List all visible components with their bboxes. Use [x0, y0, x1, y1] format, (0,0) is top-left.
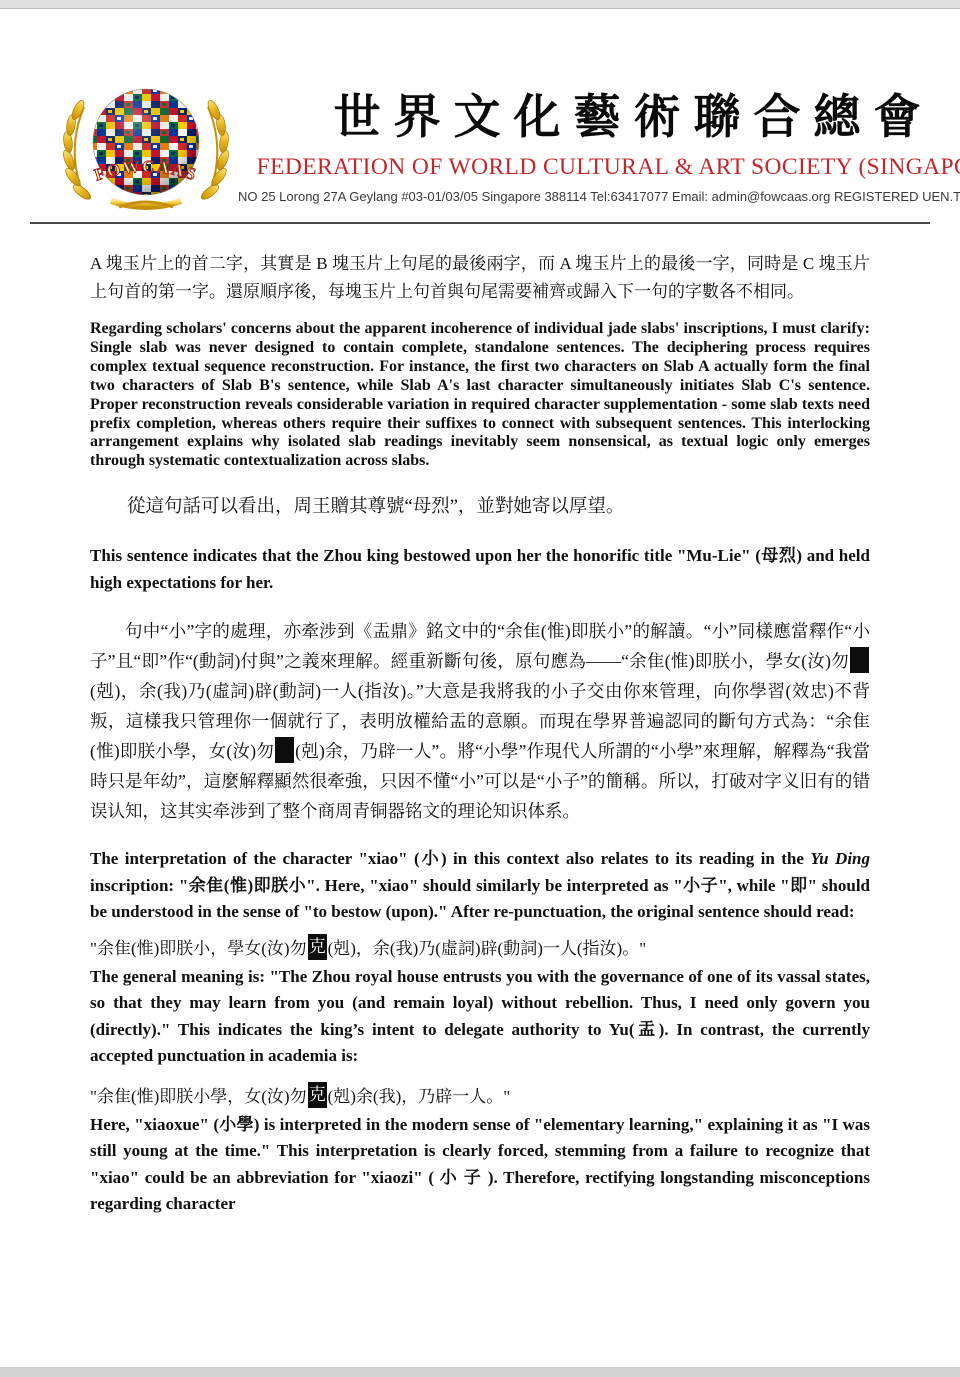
- quote2-part2: (剋)余(我)，乃辟一人。": [328, 1087, 511, 1106]
- paragraph-en-xiao-interpretation: The interpretation of the character "xia…: [90, 846, 870, 926]
- letterhead-text-block: 世界文化藝術聯合總會 FEDERATION OF WORLD CULTURAL …: [232, 80, 960, 204]
- ancient-character-glyph: 克: [850, 647, 869, 673]
- paragraph-cn-xiao-analysis: 句中“小”字的處理，亦牽涉到《盂鼎》銘文中的“余隹(惟)即朕小”的解讀。“小”同…: [90, 616, 870, 826]
- yu-ding-italic: Yu Ding: [810, 849, 870, 868]
- cn-xiao-part1: 句中“小”字的處理，亦牽涉到《盂鼎》銘文中的“余隹(惟)即朕小”的解讀。“小”同…: [90, 621, 870, 671]
- ancient-character-glyph: 克: [275, 737, 294, 763]
- ancient-character-glyph: 克: [308, 934, 327, 960]
- quote1-part1: "余隹(惟)即朕小，學女(汝)勿: [90, 939, 307, 958]
- organization-name: FEDERATION OF WORLD CULTURAL & ART SOCIE…: [238, 154, 960, 181]
- en-xiao-part1: The interpretation of the character "xia…: [90, 849, 810, 868]
- paragraph-en-general-meaning: The general meaning is: "The Zhou royal …: [90, 964, 870, 1070]
- calligraphy-title: 世界文化藝術聯合總會: [238, 88, 960, 148]
- letterhead: FOWCAAS 世界文化藝術聯合總會 FEDERATION OF WORLD C…: [60, 80, 932, 212]
- quote2-part1: "余隹(惟)即朕小學，女(汝)勿: [90, 1087, 307, 1106]
- globe-wreath-logo-icon: FOWCAAS: [60, 80, 232, 212]
- scan-edge-bottom: [0, 1367, 960, 1377]
- paragraph-en-xiaoxue: Here, "xiaoxue" (小學) is interpreted in t…: [90, 1112, 870, 1218]
- quote-repunctuated-sentence: "余隹(惟)即朕小，學女(汝)勿克(剋)，余(我)乃(虛詞)辟(動詞)一人(指汝…: [90, 934, 870, 962]
- en-xiao-part2: inscription: "余隹(惟)即朕小". Here, "xiao" sh…: [90, 876, 870, 922]
- paragraph-cn-jade-slabs: A 塊玉片上的首二字，其實是 B 塊玉片上句尾的最後兩字，而 A 塊玉片上的最後…: [90, 250, 870, 306]
- scan-edge-top: [0, 0, 960, 9]
- paragraph-en-mulie: This sentence indicates that the Zhou ki…: [90, 543, 870, 596]
- paragraph-en-jade-slabs: Regarding scholars' concerns about the a…: [90, 320, 870, 471]
- fowcaas-logo: FOWCAAS: [60, 80, 232, 212]
- quote-academia-punctuation: "余隹(惟)即朕小學，女(汝)勿克(剋)余(我)，乃辟一人。": [90, 1082, 870, 1110]
- document-body: A 塊玉片上的首二字，其實是 B 塊玉片上句尾的最後兩字，而 A 塊玉片上的最後…: [90, 224, 870, 1218]
- paragraph-cn-mulie: 從這句話可以看出，周王贈其尊號“母烈”，並對她寄以厚望。: [90, 493, 870, 521]
- address-line: NO 25 Lorong 27A Geylang #03-01/03/05 Si…: [238, 189, 960, 204]
- quote1-part2: (剋)，余(我)乃(虛詞)辟(動詞)一人(指汝)。": [328, 939, 647, 958]
- ancient-character-glyph: 克: [308, 1082, 327, 1108]
